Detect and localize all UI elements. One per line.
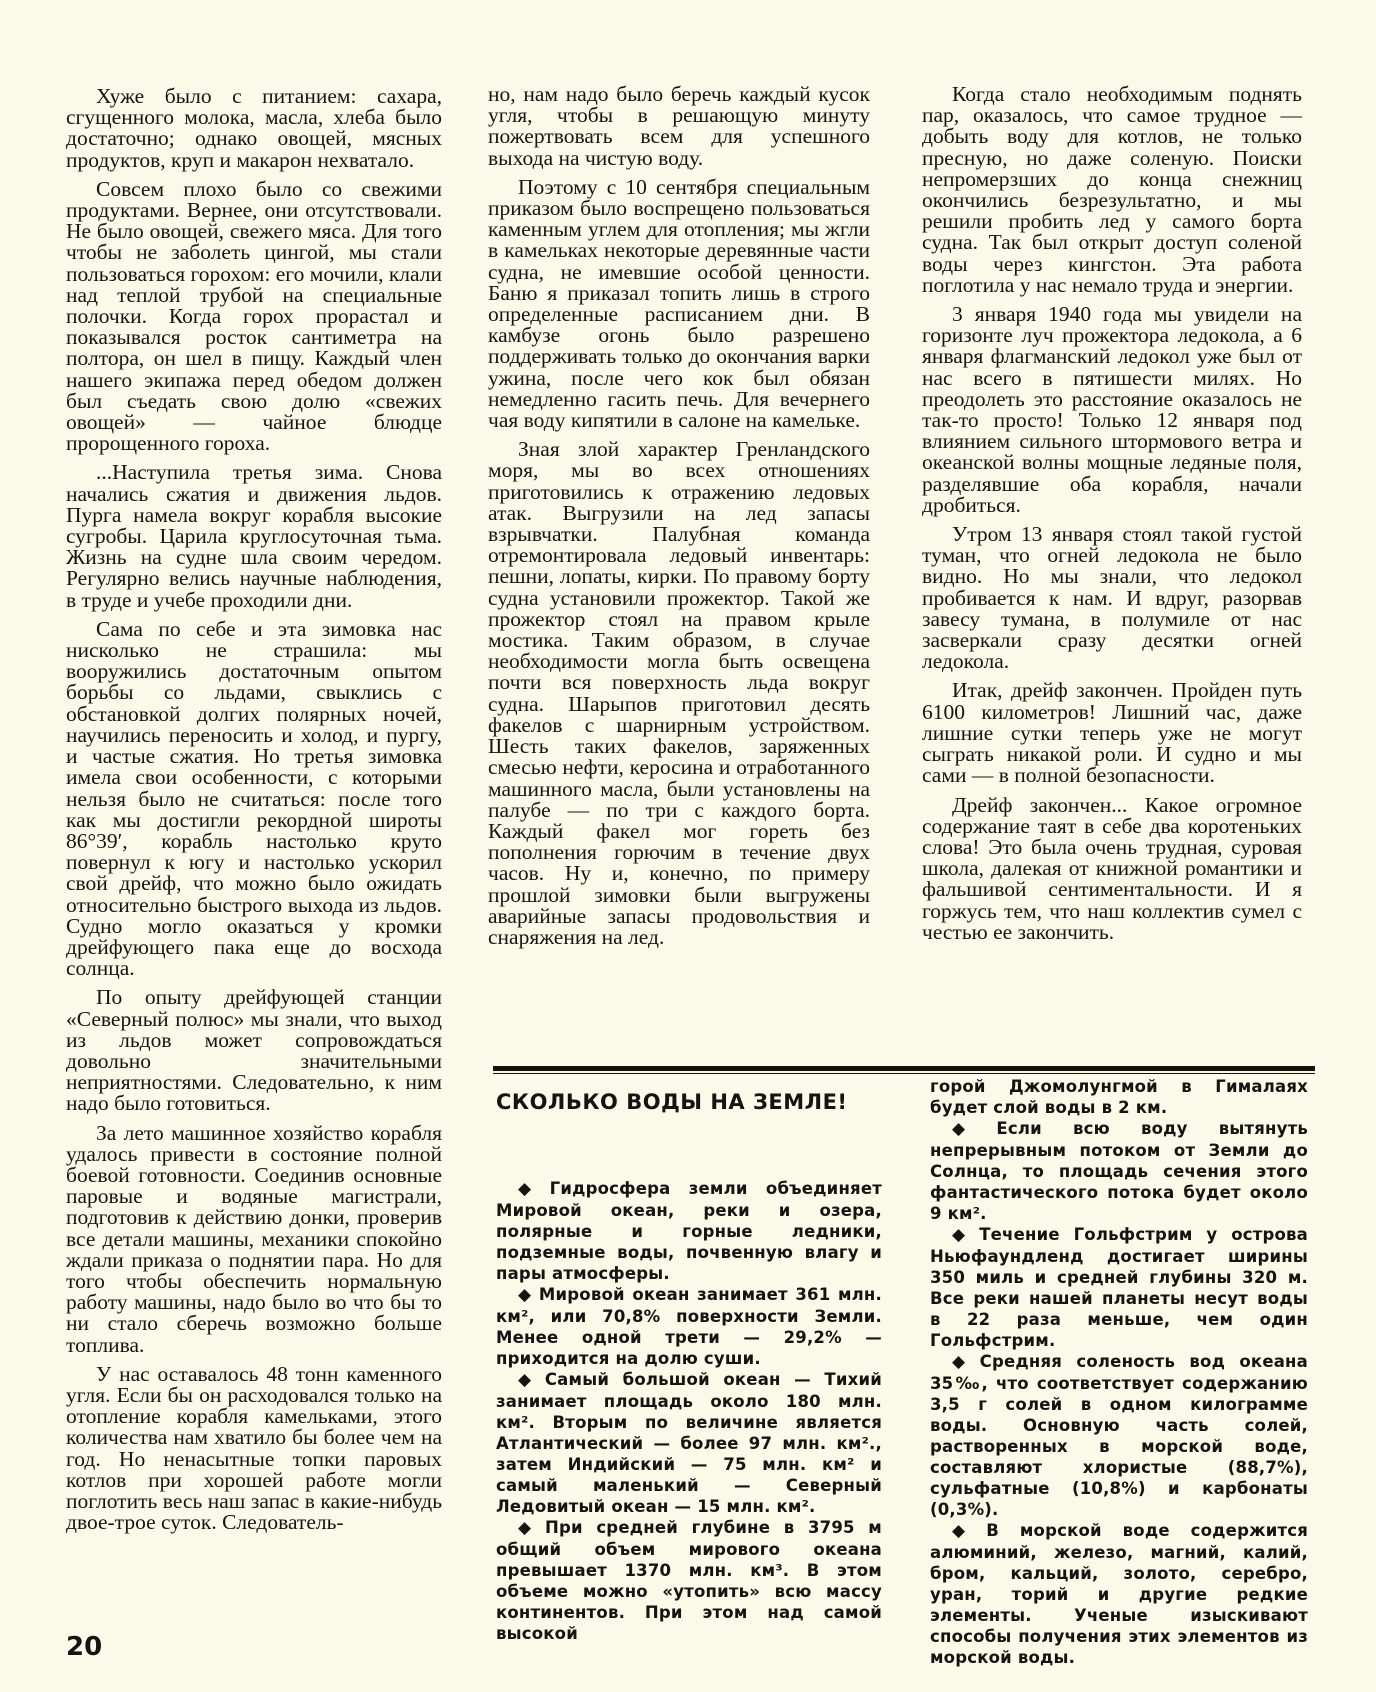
fact-item-continued: горой Джомолунгмой в Гималаях будет слой… [930, 1076, 1308, 1118]
article-column-3: Когда стало необходимым поднять пар, ока… [922, 84, 1302, 951]
paragraph: 3 января 1940 года мы увидели на горизон… [922, 304, 1302, 516]
thin-rule [493, 1073, 1315, 1074]
sidebar-title: СКОЛЬКО ВОДЫ НА ЗЕМЛЕ! [496, 1090, 848, 1114]
diamond-bullet-icon: ◆ [952, 1119, 990, 1139]
diamond-bullet-icon: ◆ [952, 1352, 974, 1372]
thick-rule [493, 1066, 1315, 1071]
diamond-bullet-icon: ◆ [518, 1370, 539, 1390]
article-column-2: но, нам надо было беречь каждый кусок уг… [488, 84, 870, 956]
paragraph: Когда стало необходимым поднять пар, ока… [922, 84, 1302, 296]
diamond-bullet-icon: ◆ [952, 1521, 980, 1541]
diamond-bullet-icon: ◆ [518, 1518, 539, 1538]
paragraph: Итак, дрейф закончен. Пройден путь 6100 … [922, 680, 1302, 786]
fact-item: ◆При средней глубине в 3795 м общий объе… [496, 1517, 882, 1644]
paragraph: Зная злой характер Гренландского моря, м… [488, 439, 870, 948]
paragraph: Совсем плохо было со свежими продуктами.… [66, 179, 442, 455]
paragraph: Дрейф закончен... Какое огромное содержа… [922, 795, 1302, 943]
paragraph: У нас оставалось 48 тонн каменного угля.… [66, 1364, 442, 1534]
article-column-1: Хуже было с питанием: сахара, сгущенного… [66, 86, 442, 1541]
paragraph: По опыту дрейфующей станции «Северный по… [66, 987, 442, 1114]
paragraph: Утром 13 января стоял такой густой туман… [922, 524, 1302, 672]
paragraph: Сама по себе и эта зимовка нас нисколько… [66, 619, 442, 979]
paragraph: Поэтому с 10 сентября специальным приказ… [488, 177, 870, 431]
paragraph: но, нам надо было беречь каждый кусок уг… [488, 84, 870, 169]
page-number: 20 [66, 1632, 102, 1662]
diamond-bullet-icon: ◆ [518, 1179, 544, 1199]
fact-item: ◆В морской воде содержится алюминий, жел… [930, 1520, 1308, 1668]
diamond-bullet-icon: ◆ [518, 1285, 533, 1305]
fact-item: ◆Средняя соленость вод океана 35‰, что с… [930, 1351, 1308, 1520]
fact-item: ◆Мировой океан занимает 361 млн. км², ил… [496, 1284, 882, 1369]
sidebar-column-2: горой Джомолунгмой в Гималаях будет слой… [930, 1076, 1308, 1668]
fact-item: ◆Самый большой океан — Тихий занимает пл… [496, 1369, 882, 1517]
sidebar-column-1: ◆Гидросфера земли объединяет Мировой оке… [496, 1178, 882, 1644]
fact-item: ◆Если всю воду вытянуть непрерывным пото… [930, 1118, 1308, 1224]
paragraph: ...Наступила третья зима. Снова начались… [66, 462, 442, 610]
sidebar-divider-rule [493, 1066, 1315, 1074]
fact-item: ◆Течение Гольфстрим у острова Ньюфаундле… [930, 1224, 1308, 1351]
paragraph: Хуже было с питанием: сахара, сгущенного… [66, 86, 442, 171]
diamond-bullet-icon: ◆ [952, 1225, 973, 1245]
fact-item: ◆Гидросфера земли объединяет Мировой оке… [496, 1178, 882, 1284]
paragraph: За лето машинное хозяйство корабля удало… [66, 1123, 442, 1356]
